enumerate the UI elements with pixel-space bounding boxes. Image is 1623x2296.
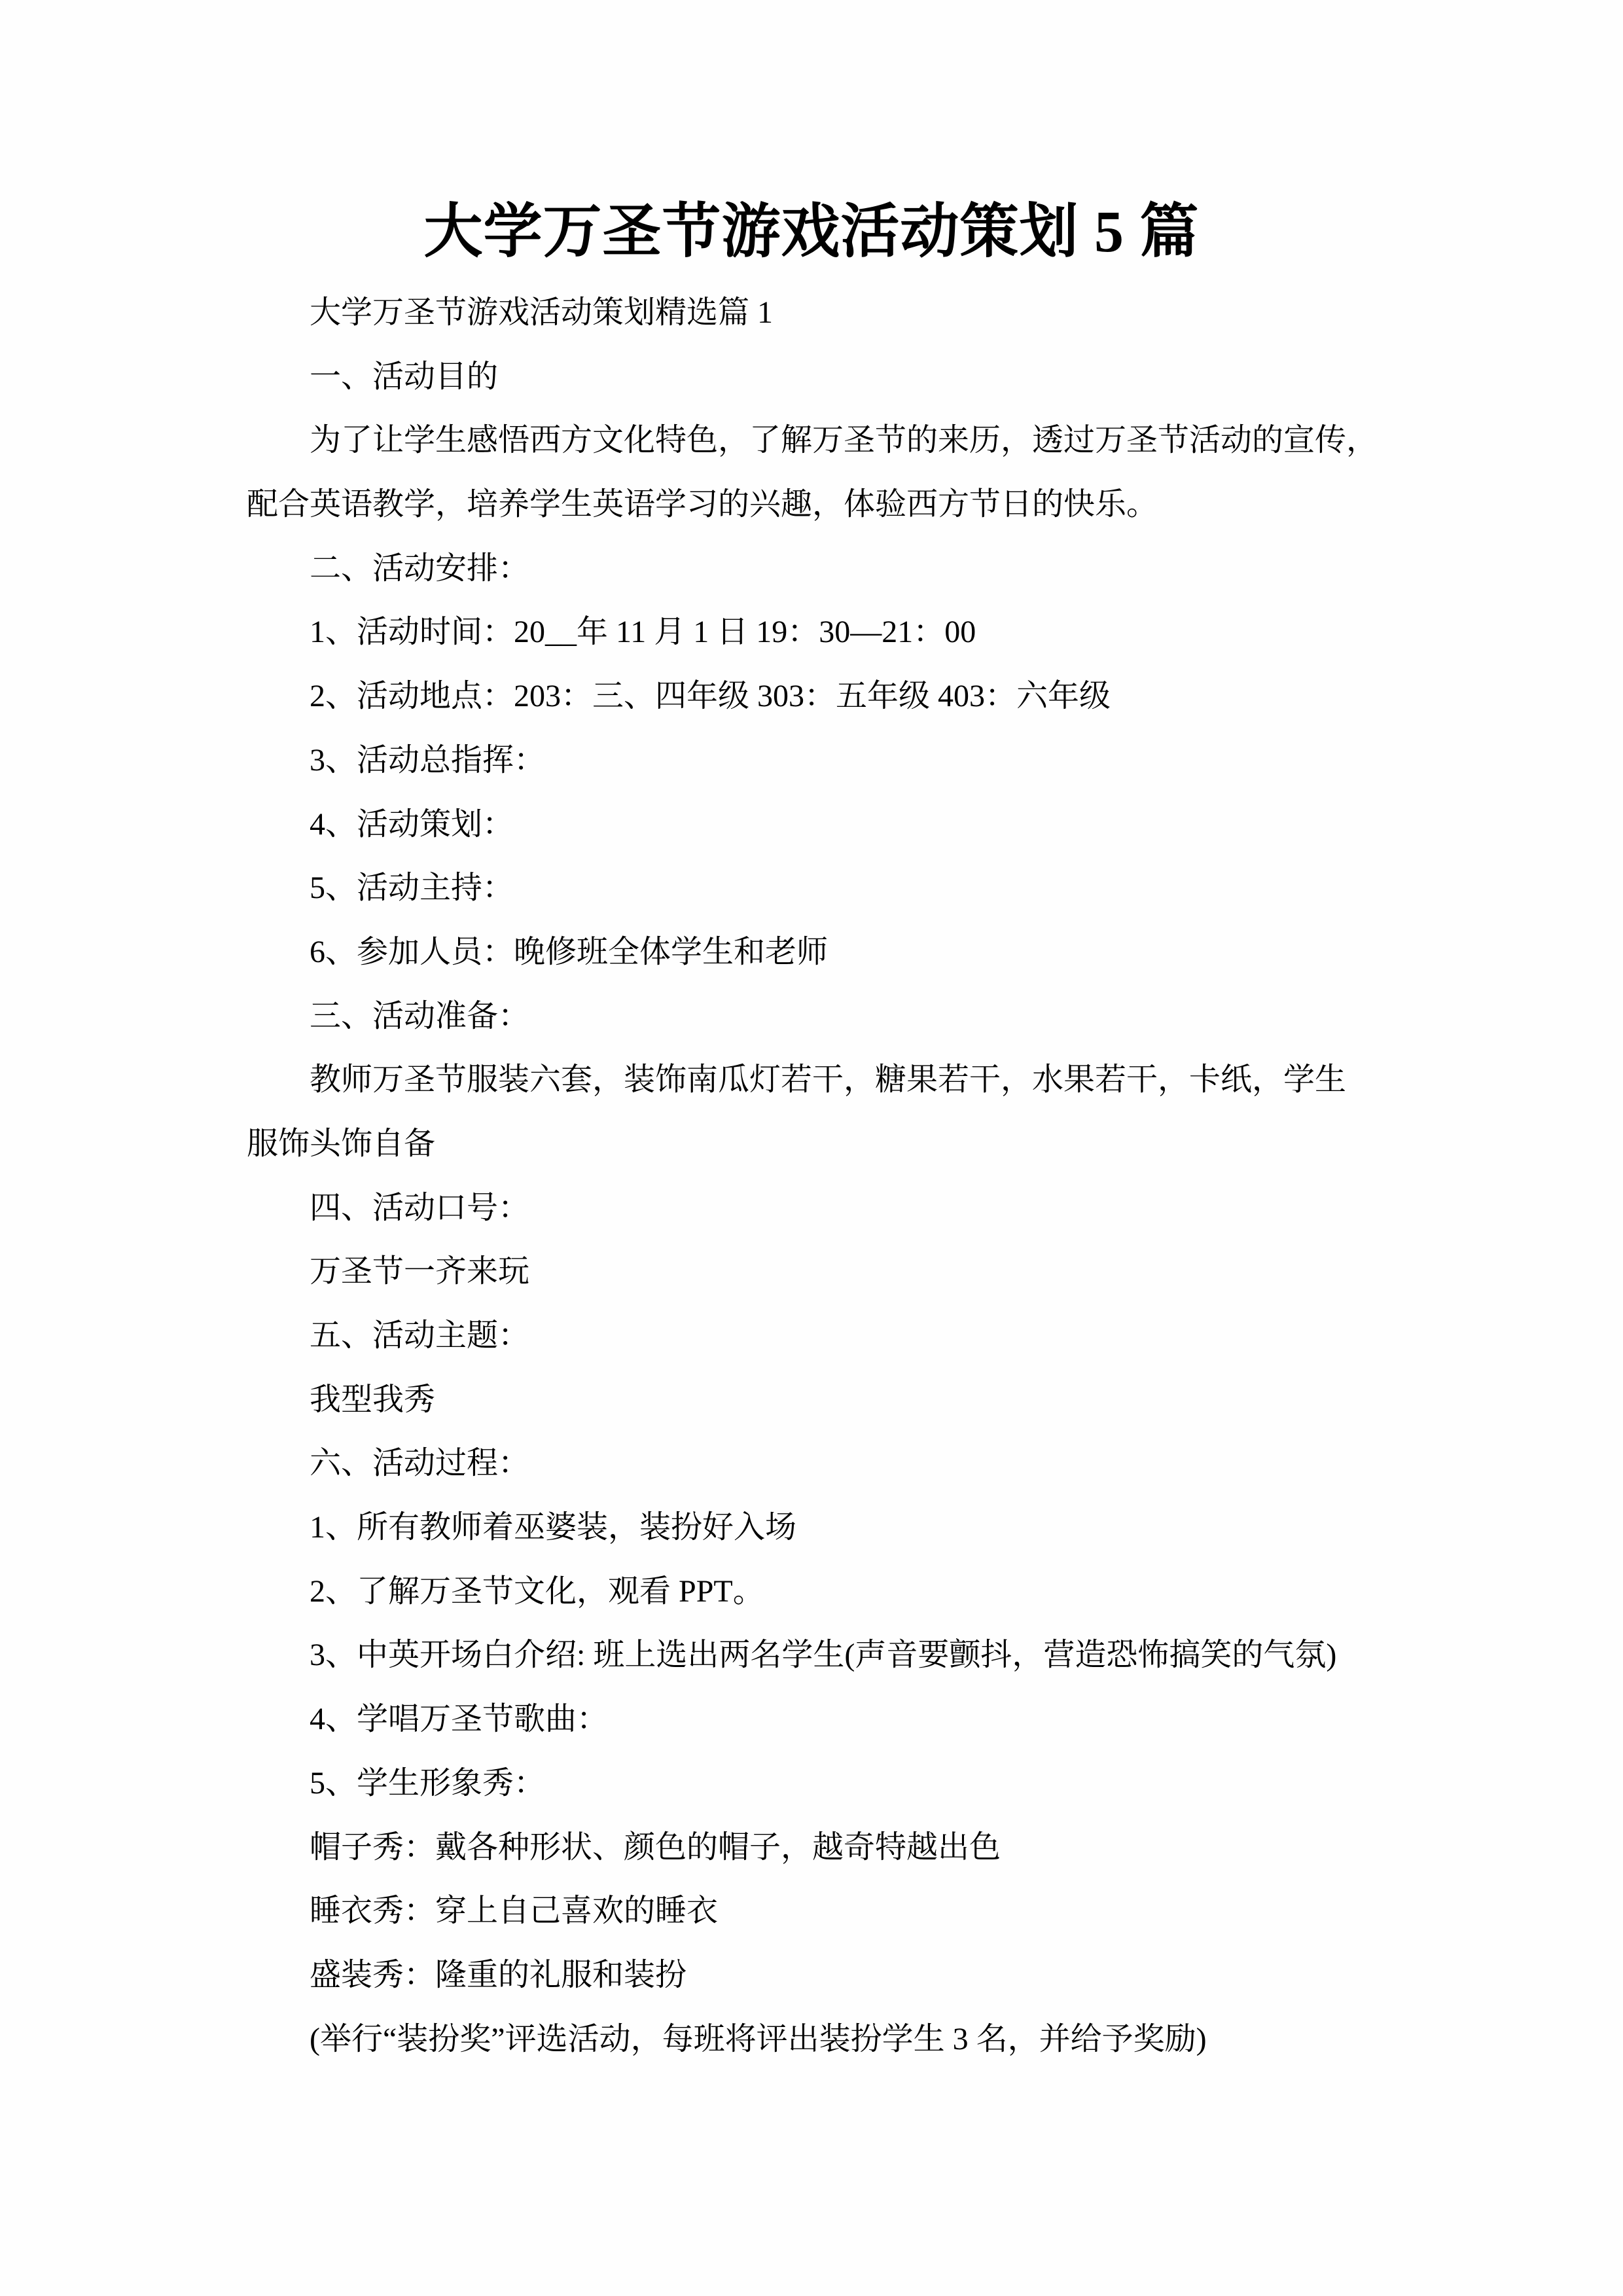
doc-line: 4、学唱万圣节歌曲： [247, 1687, 1376, 1751]
doc-line: 3、活动总指挥： [247, 728, 1376, 793]
doc-line: 睡衣秀：穿上自己喜欢的睡衣 [247, 1879, 1376, 1943]
document-body: 大学万圣节游戏活动策划精选篇 1一、活动目的为了让学生感悟西方文化特色，了解万圣… [247, 281, 1376, 2071]
document-title: 大学万圣节游戏活动策划 5 篇 [0, 198, 1623, 266]
doc-line: 六、活动过程： [247, 1431, 1376, 1496]
doc-line: 四、活动口号： [247, 1176, 1376, 1240]
doc-line: 1、活动时间：20__年 11 月 1 日 19：30—21：00 [247, 600, 1376, 664]
doc-line: (举行“装扮奖”评选活动，每班将评出装扮学生 3 名，并给予奖励) [247, 2007, 1376, 2072]
doc-line: 一、活动目的 [247, 345, 1376, 409]
doc-line: 1、所有教师着巫婆装，装扮好入场 [247, 1496, 1376, 1560]
doc-line: 2、活动地点：203：三、四年级 303：五年级 403：六年级 [247, 664, 1376, 728]
doc-line: 4、活动策划： [247, 793, 1376, 857]
doc-line: 教师万圣节服装六套，装饰南瓜灯若干，糖果若干，水果若干，卡纸，学生 [247, 1048, 1376, 1112]
doc-line: 配合英语教学，培养学生英语学习的兴趣，体验西方节日的快乐。 [247, 473, 1376, 537]
doc-line: 万圣节一齐来玩 [247, 1240, 1376, 1304]
doc-line: 帽子秀：戴各种形状、颜色的帽子，越奇特越出色 [247, 1816, 1376, 1880]
doc-line: 3、中英开场白介绍: 班上选出两名学生(声音要颤抖，营造恐怖搞笑的气氛) [247, 1623, 1376, 1687]
doc-line: 6、参加人员：晚修班全体学生和老师 [247, 920, 1376, 984]
doc-line: 我型我秀 [247, 1368, 1376, 1432]
doc-line: 二、活动安排： [247, 537, 1376, 601]
doc-line: 盛装秀：隆重的礼服和装扮 [247, 1943, 1376, 2007]
doc-line: 5、活动主持： [247, 856, 1376, 920]
doc-line: 三、活动准备： [247, 984, 1376, 1049]
doc-line: 服饰头饰自备 [247, 1112, 1376, 1176]
doc-line: 为了让学生感悟西方文化特色，了解万圣节的来历，透过万圣节活动的宣传， [247, 408, 1376, 473]
doc-line: 5、学生形象秀： [247, 1751, 1376, 1816]
doc-line: 2、了解万圣节文化，观看 PPT。 [247, 1560, 1376, 1624]
document-page: 大学万圣节游戏活动策划 5 篇 大学万圣节游戏活动策划精选篇 1一、活动目的为了… [0, 0, 1623, 2296]
doc-line: 大学万圣节游戏活动策划精选篇 1 [247, 281, 1376, 345]
doc-line: 五、活动主题： [247, 1304, 1376, 1368]
